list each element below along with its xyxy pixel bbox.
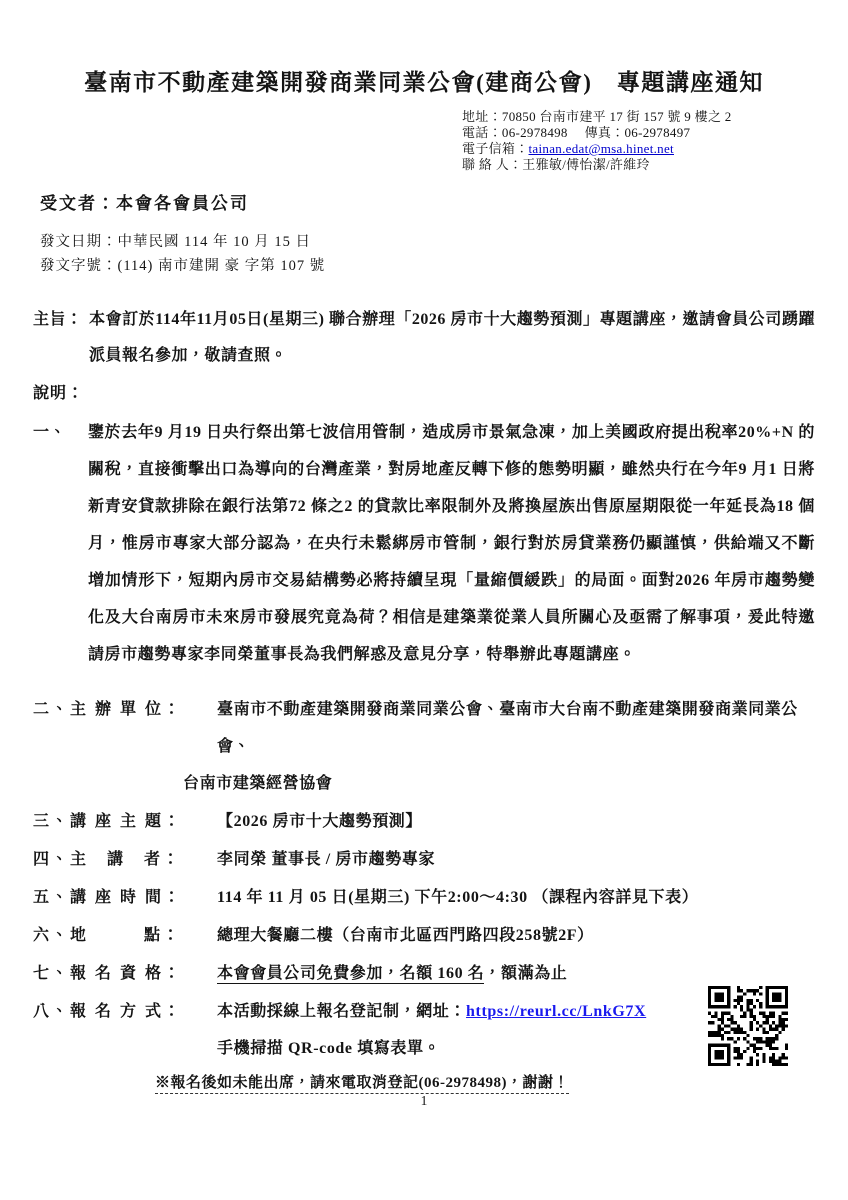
page-title: 臺南市不動產建築開發商業同業公會(建商公會) 專題講座通知 xyxy=(0,64,848,97)
item-8-row: 八、報 名 方 式： 本活動採線上報名登記制，網址：https://reurl.… xyxy=(33,993,815,1030)
item-1-text: 鑒於去年9 月19 日央行祭出第七波信用管制，造成房市景氣急凍，加上美國政府提出… xyxy=(88,414,815,673)
item-7-underlined-text: 本會會員公司免費參加，名額 160 名 xyxy=(217,965,484,984)
explanation-label: 說明： xyxy=(33,376,848,412)
issue-date-line: 發文日期：中華民國 114 年 10 月 15 日 xyxy=(40,230,848,254)
item-1-label: 一、 xyxy=(33,414,88,673)
subject-label: 主旨： xyxy=(33,302,89,374)
item-6-text: 總理大餐廳二樓（台南市北區西門路四段258號2F） xyxy=(217,917,815,954)
cancellation-note: ※報名後如未能出席，請來電取消登記(06-2978498)，謝謝！ xyxy=(155,1071,848,1092)
org-email-label: 電子信箱： xyxy=(462,141,529,156)
item-7-label: 七、報 名 資 格： xyxy=(33,955,217,992)
item-3-row: 三、講 座 主 題： 【2026 房市十大趨勢預測】 xyxy=(33,803,815,840)
item-6-label: 六、地 點： xyxy=(33,917,217,954)
item-4-label: 四、主 講 者： xyxy=(33,841,217,878)
item-2-text-line1: 臺南市不動產建築開發商業同業公會、臺南市大台南不動產建築開發商業同業公會、 xyxy=(217,691,815,765)
item-2-row: 二、主 辦 單 位： 臺南市不動產建築開發商業同業公會、臺南市大台南不動產建築開… xyxy=(33,691,815,765)
email-link[interactable]: tainan.edat@msa.hinet.net xyxy=(529,141,674,156)
item-5-row: 五、講 座 時 間： 114 年 11 月 05 日(星期三) 下午2:00～4… xyxy=(33,879,815,916)
item-2-text-line2: 台南市建築經營協會 xyxy=(33,765,815,802)
item-8-text-before-link: 本活動採線上報名登記制，網址： xyxy=(217,1003,466,1020)
signup-url-link[interactable]: https://reurl.cc/LnkG7X xyxy=(466,1003,646,1020)
org-contact: 聯 絡 人：王雅敏/傅怡潔/許維玲 xyxy=(462,157,848,173)
qr-code-image xyxy=(708,986,788,1066)
item-5-label: 五、講 座 時 間： xyxy=(33,879,217,916)
item-5-text: 114 年 11 月 05 日(星期三) 下午2:00～4:30 （課程內容詳見… xyxy=(217,879,815,916)
doc-number-line: 發文字號：(114) 南市建開 豪 字第 107 號 xyxy=(40,254,848,278)
item-3-label: 三、講 座 主 題： xyxy=(33,803,217,840)
numbered-list: 二、主 辦 單 位： 臺南市不動產建築開發商業同業公會、臺南市大台南不動產建築開… xyxy=(33,691,815,1067)
recipient-line: 受文者：本會各會員公司 xyxy=(40,189,848,214)
item-2-label: 二、主 辦 單 位： xyxy=(33,691,217,765)
cancellation-note-text: ※報名後如未能出席，請來電取消登記(06-2978498)，謝謝！ xyxy=(155,1075,569,1094)
subject-text: 本會訂於114年11月05日(星期三) 聯合辦理「2026 房市十大趨勢預測」專… xyxy=(89,302,815,374)
item-4-text: 李同榮 董事長 / 房市趨勢專家 xyxy=(217,841,815,878)
document-page: 臺南市不動產建築開發商業同業公會(建商公會) 專題講座通知 地址：70850 台… xyxy=(0,0,848,1200)
item-4-row: 四、主 講 者： 李同榮 董事長 / 房市趨勢專家 xyxy=(33,841,815,878)
dates-block: 發文日期：中華民國 114 年 10 月 15 日 發文字號：(114) 南市建… xyxy=(40,230,848,278)
org-info-block: 地址：70850 台南市建平 17 街 157 號 9 樓之 2 電話：06-2… xyxy=(462,109,848,173)
org-phone-fax: 電話：06-2978498 傳真：06-2978497 xyxy=(462,125,848,141)
item-7-rest-text: ，額滿為止 xyxy=(484,965,567,982)
item-8-text-line2: 手機掃描 QR-code 填寫表單。 xyxy=(33,1030,815,1067)
page-number: 1 xyxy=(0,1093,848,1109)
item-8-label: 八、報 名 方 式： xyxy=(33,993,217,1030)
item-6-row: 六、地 點： 總理大餐廳二樓（台南市北區西門路四段258號2F） xyxy=(33,917,815,954)
item-7-row: 七、報 名 資 格： 本會會員公司免費參加，名額 160 名，額滿為止 xyxy=(33,955,815,992)
subject-row: 主旨： 本會訂於114年11月05日(星期三) 聯合辦理「2026 房市十大趨勢… xyxy=(33,302,815,374)
org-email-line: 電子信箱：tainan.edat@msa.hinet.net xyxy=(462,141,848,157)
item-3-text: 【2026 房市十大趨勢預測】 xyxy=(217,803,815,840)
item-1-row: 一、 鑒於去年9 月19 日央行祭出第七波信用管制，造成房市景氣急凍，加上美國政… xyxy=(33,414,815,673)
org-address: 地址：70850 台南市建平 17 街 157 號 9 樓之 2 xyxy=(462,109,848,125)
